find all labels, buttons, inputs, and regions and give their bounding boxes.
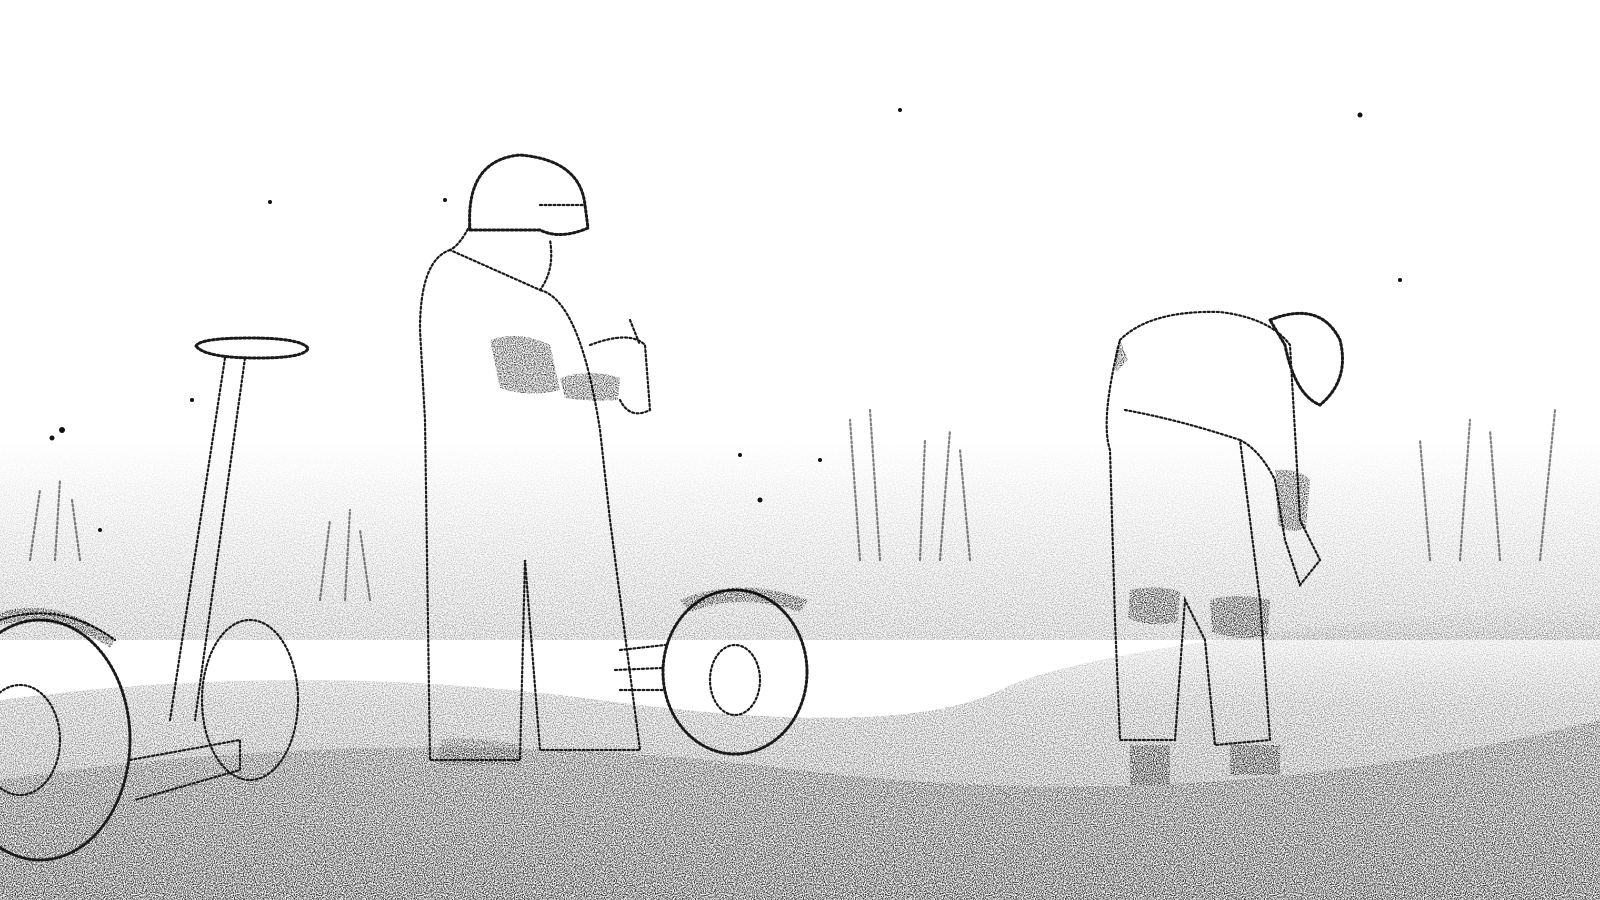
artwork-canvas — [0, 0, 1600, 900]
